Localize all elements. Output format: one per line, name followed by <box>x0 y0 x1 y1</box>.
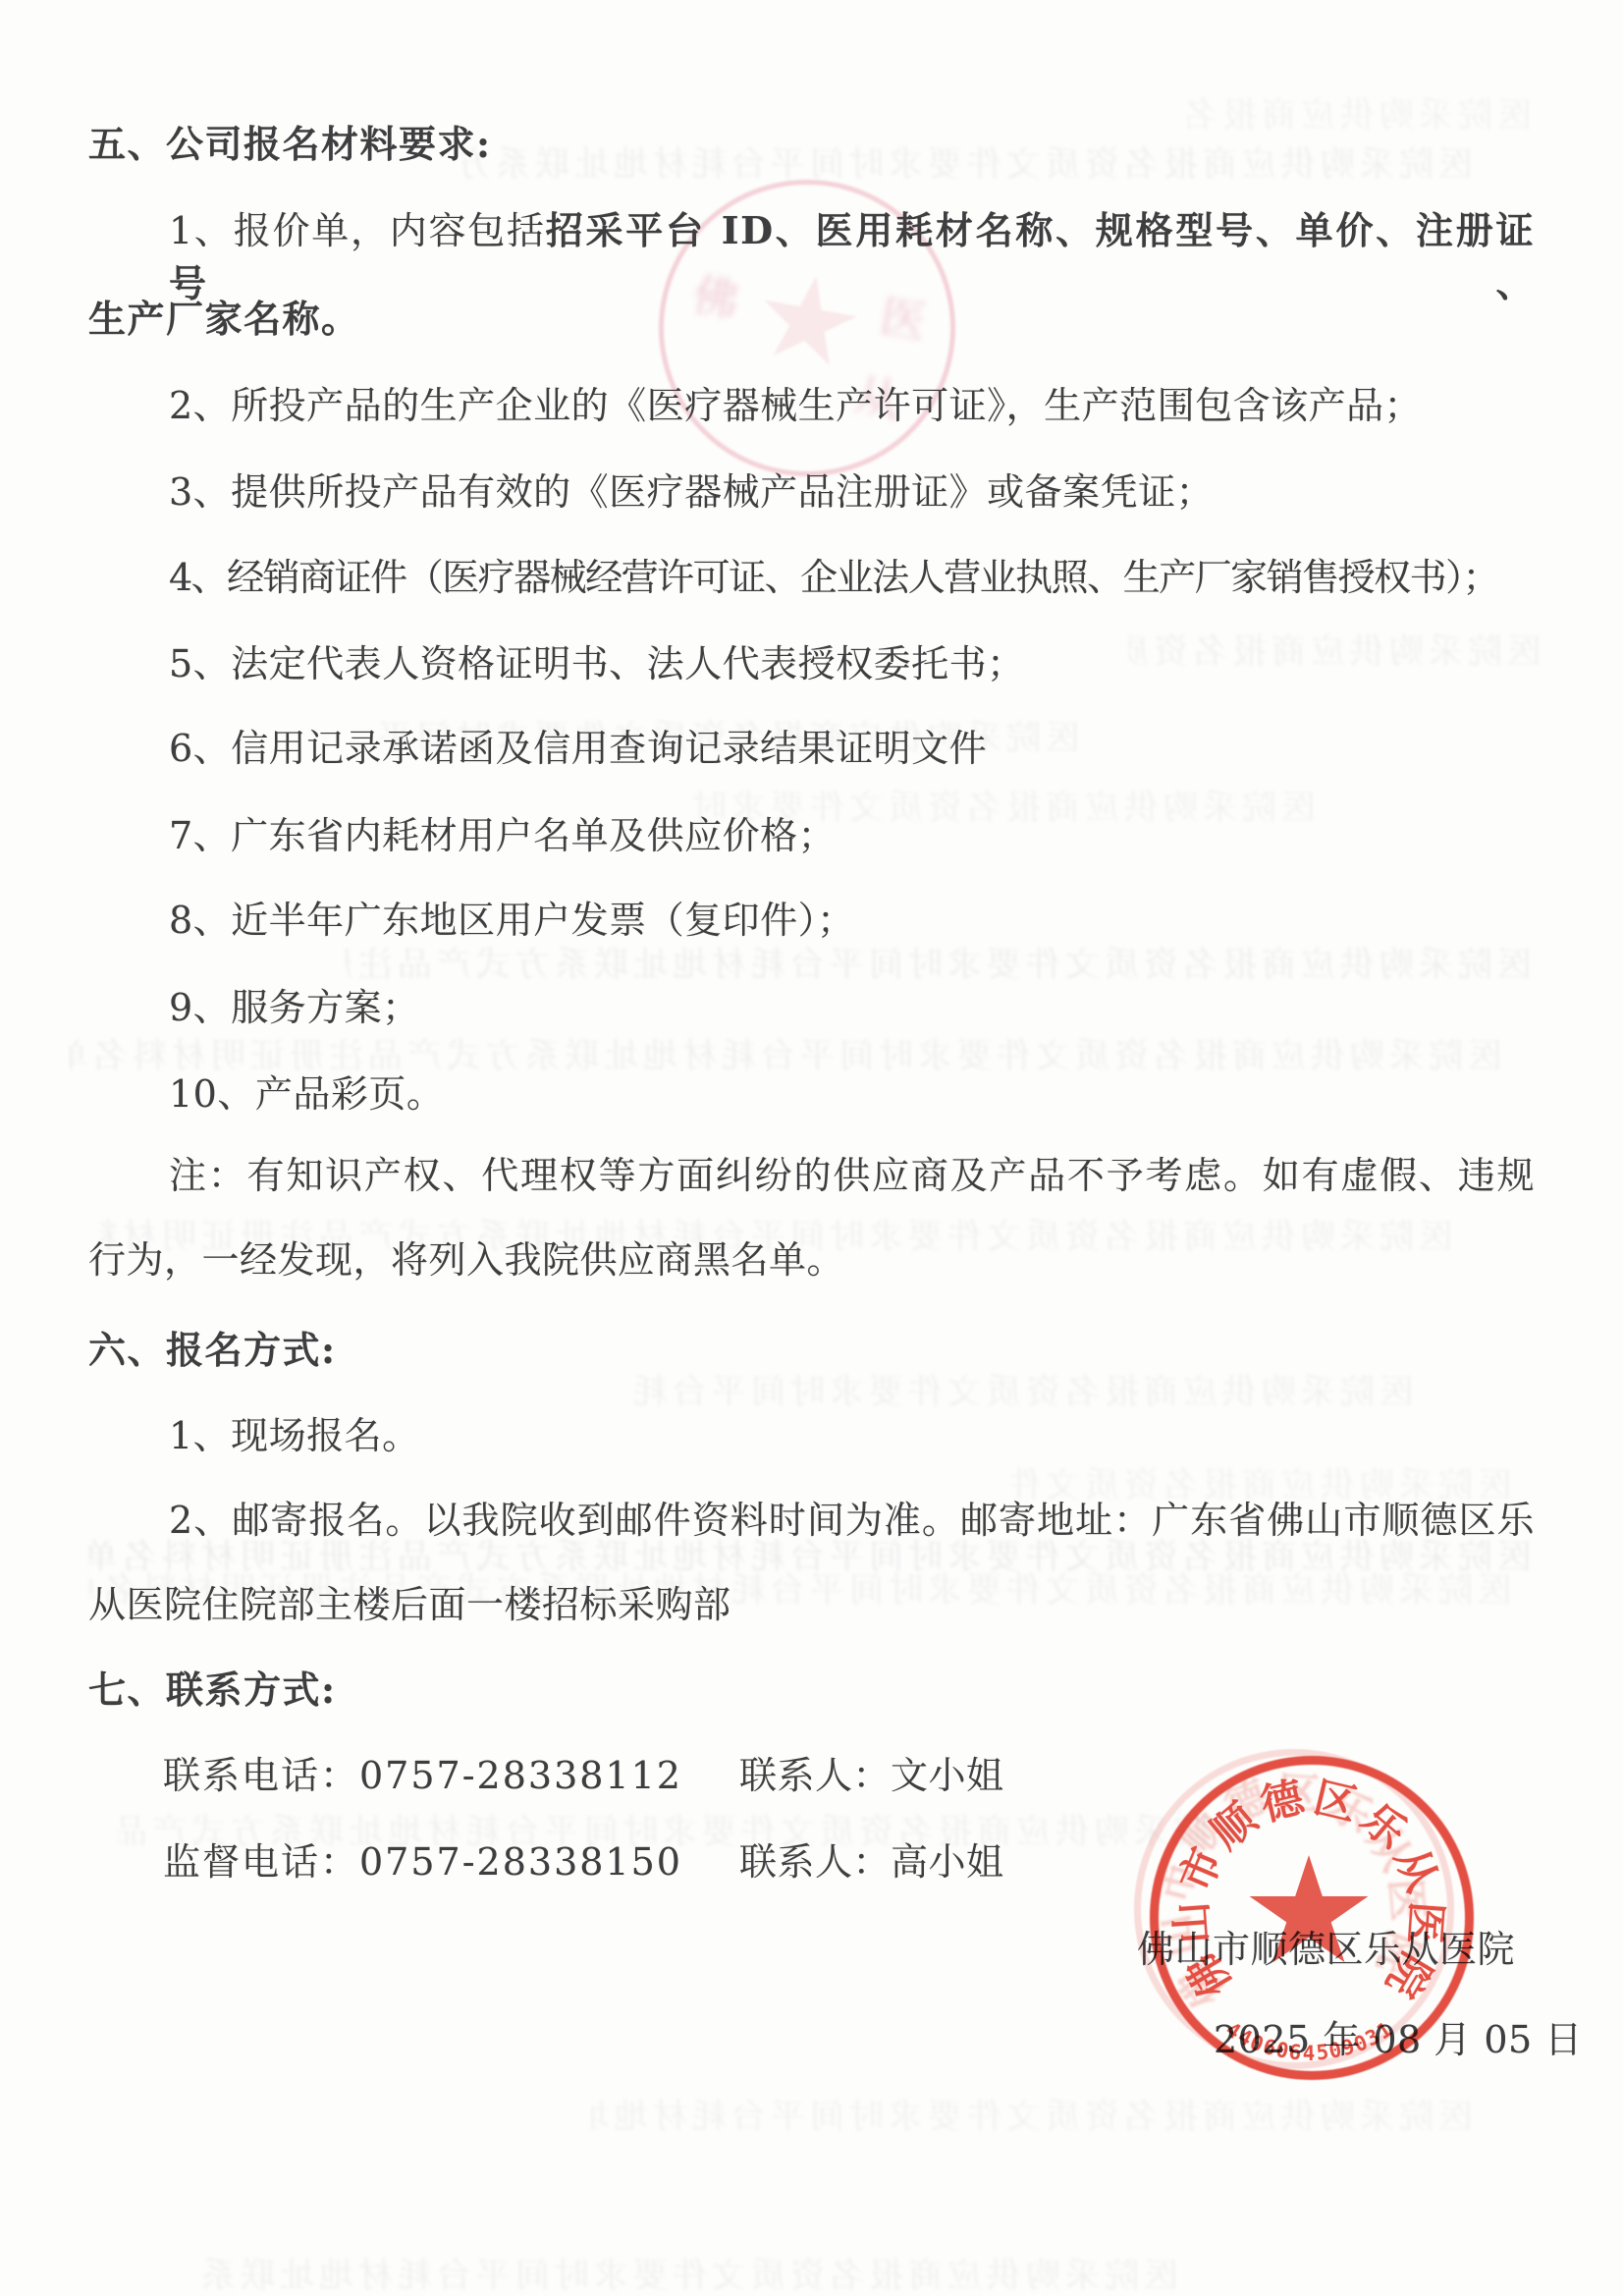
section6-item1: 1、现场报名。 <box>169 1409 420 1462</box>
supervision-line: 监督电话：0757-28338150联系人：高小姐 <box>163 1835 1003 1888</box>
section5-item9: 9、服务方案； <box>169 981 420 1034</box>
seal-ring-char: 市 <box>1172 1840 1231 1899</box>
section5-item5: 5、法定代表人资格证明书、法人代表授权委托书； <box>169 637 1025 690</box>
scanned-document-page: 医院采购供应商报名资质文件要求时间平台耗材地址联系方医院采购供应商报名医院采购供… <box>0 0 1623 2296</box>
seal-ring-char: 德 <box>1255 1776 1309 1830</box>
section5-item7: 7、广东省内耗材用户名单及供应价格； <box>169 809 836 862</box>
section5-item2: 2、所投产品的生产企业的《医疗器械生产许可证》，生产范围包含该产品； <box>169 379 1422 432</box>
seal-ring-char: 乐 <box>1320 1780 1381 1842</box>
signature-date: 2025 年 08 月 05 日 <box>1214 2013 1583 2066</box>
seal-ring-char: 德 <box>1217 1774 1275 1832</box>
contact-phone: 联系电话：0757-28338112 <box>163 1754 682 1797</box>
seal-ring-char: 顺 <box>1202 1795 1266 1859</box>
bleed-through-text: 医院采购供应商报名资质文件要求时间平台耗材地址联系方 <box>461 137 1473 187</box>
bleed-through-text: 医院采购供应商报名资质文件要求时间平台耗材地址 <box>589 2090 1473 2139</box>
section5-note-line1: 注：有知识产权、代理权等方面纠纷的供应商及产品不予考虑。如有虚假、违规 <box>169 1149 1535 1202</box>
bleed-through-text: 医院采购供应商报名资质文件要求时间平台耗材地址联系 <box>196 2249 1178 2296</box>
section5-item8: 8、近半年广东地区用户发票（复印件）； <box>169 894 855 947</box>
contact-person: 联系人：文小姐 <box>739 1749 1004 1802</box>
seal-ring-char: 顺 <box>1170 1803 1234 1867</box>
section5-item1-line2: 生产厂家名称。 <box>88 293 360 346</box>
section5-note-line2: 行为，一经发现，将列入我院供应商黑名单。 <box>88 1233 844 1286</box>
section5-item4: 4、经销商证件（医疗器械经营许可证、企业法人营业执照、生产厂家销售授权书）； <box>169 551 1498 604</box>
section5-item10: 10、产品彩页。 <box>169 1067 444 1121</box>
seal-ring-char: 医 <box>1381 1876 1431 1925</box>
item1-prefix: 1、报价单，内容包括 <box>169 209 546 252</box>
seal-ring-char: 区 <box>1274 1771 1323 1819</box>
section5-item6: 6、信用记录承诺函及信用查询记录结果证明文件 <box>169 722 987 775</box>
signature-organization: 佛山市顺德区乐从医院 <box>1137 1923 1515 1976</box>
seal-ring-char: 乐 <box>1352 1795 1416 1859</box>
seal-ring-char: 市 <box>1151 1855 1206 1910</box>
seal-ring-char: 区 <box>1309 1776 1363 1830</box>
section5-heading: 五、公司报名材料要求: <box>88 118 492 171</box>
section6-item2-line1: 2、邮寄报名。以我院收到邮件资料时间为准。邮寄地址：广东省佛山市顺德区乐 <box>169 1494 1535 1547</box>
section7-heading: 七、联系方式: <box>88 1664 337 1717</box>
section6-heading: 六、报名方式: <box>88 1324 337 1377</box>
bleed-through-text: 医院采购供应商报名 <box>1188 88 1532 137</box>
bleed-through-text: 医院采购供应商报名资质 <box>1129 625 1542 674</box>
contact-line: 联系电话：0757-28338112联系人：文小姐 <box>163 1749 1003 1802</box>
section5-item3: 3、提供所投产品有效的《医疗器械产品注册证》或备案凭证； <box>169 465 1214 519</box>
bleed-through-text: 医院采购供应商报名资质文件要求时间平台耗 <box>628 1365 1414 1414</box>
section5-item1-line1: 1、报价单，内容包括招采平台 ID、医用耗材名称、规格型号、单价、注册证号、 <box>169 204 1535 310</box>
seal-ring-char: 从 <box>1386 1840 1445 1899</box>
supervision-phone: 监督电话：0757-28338150 <box>163 1840 682 1884</box>
supervision-person: 联系人：高小姐 <box>739 1835 1004 1888</box>
seal-ring-char: 从 <box>1358 1818 1420 1880</box>
section6-item2-line2: 从医院住院部主楼后面一楼招标采购部 <box>88 1578 731 1631</box>
